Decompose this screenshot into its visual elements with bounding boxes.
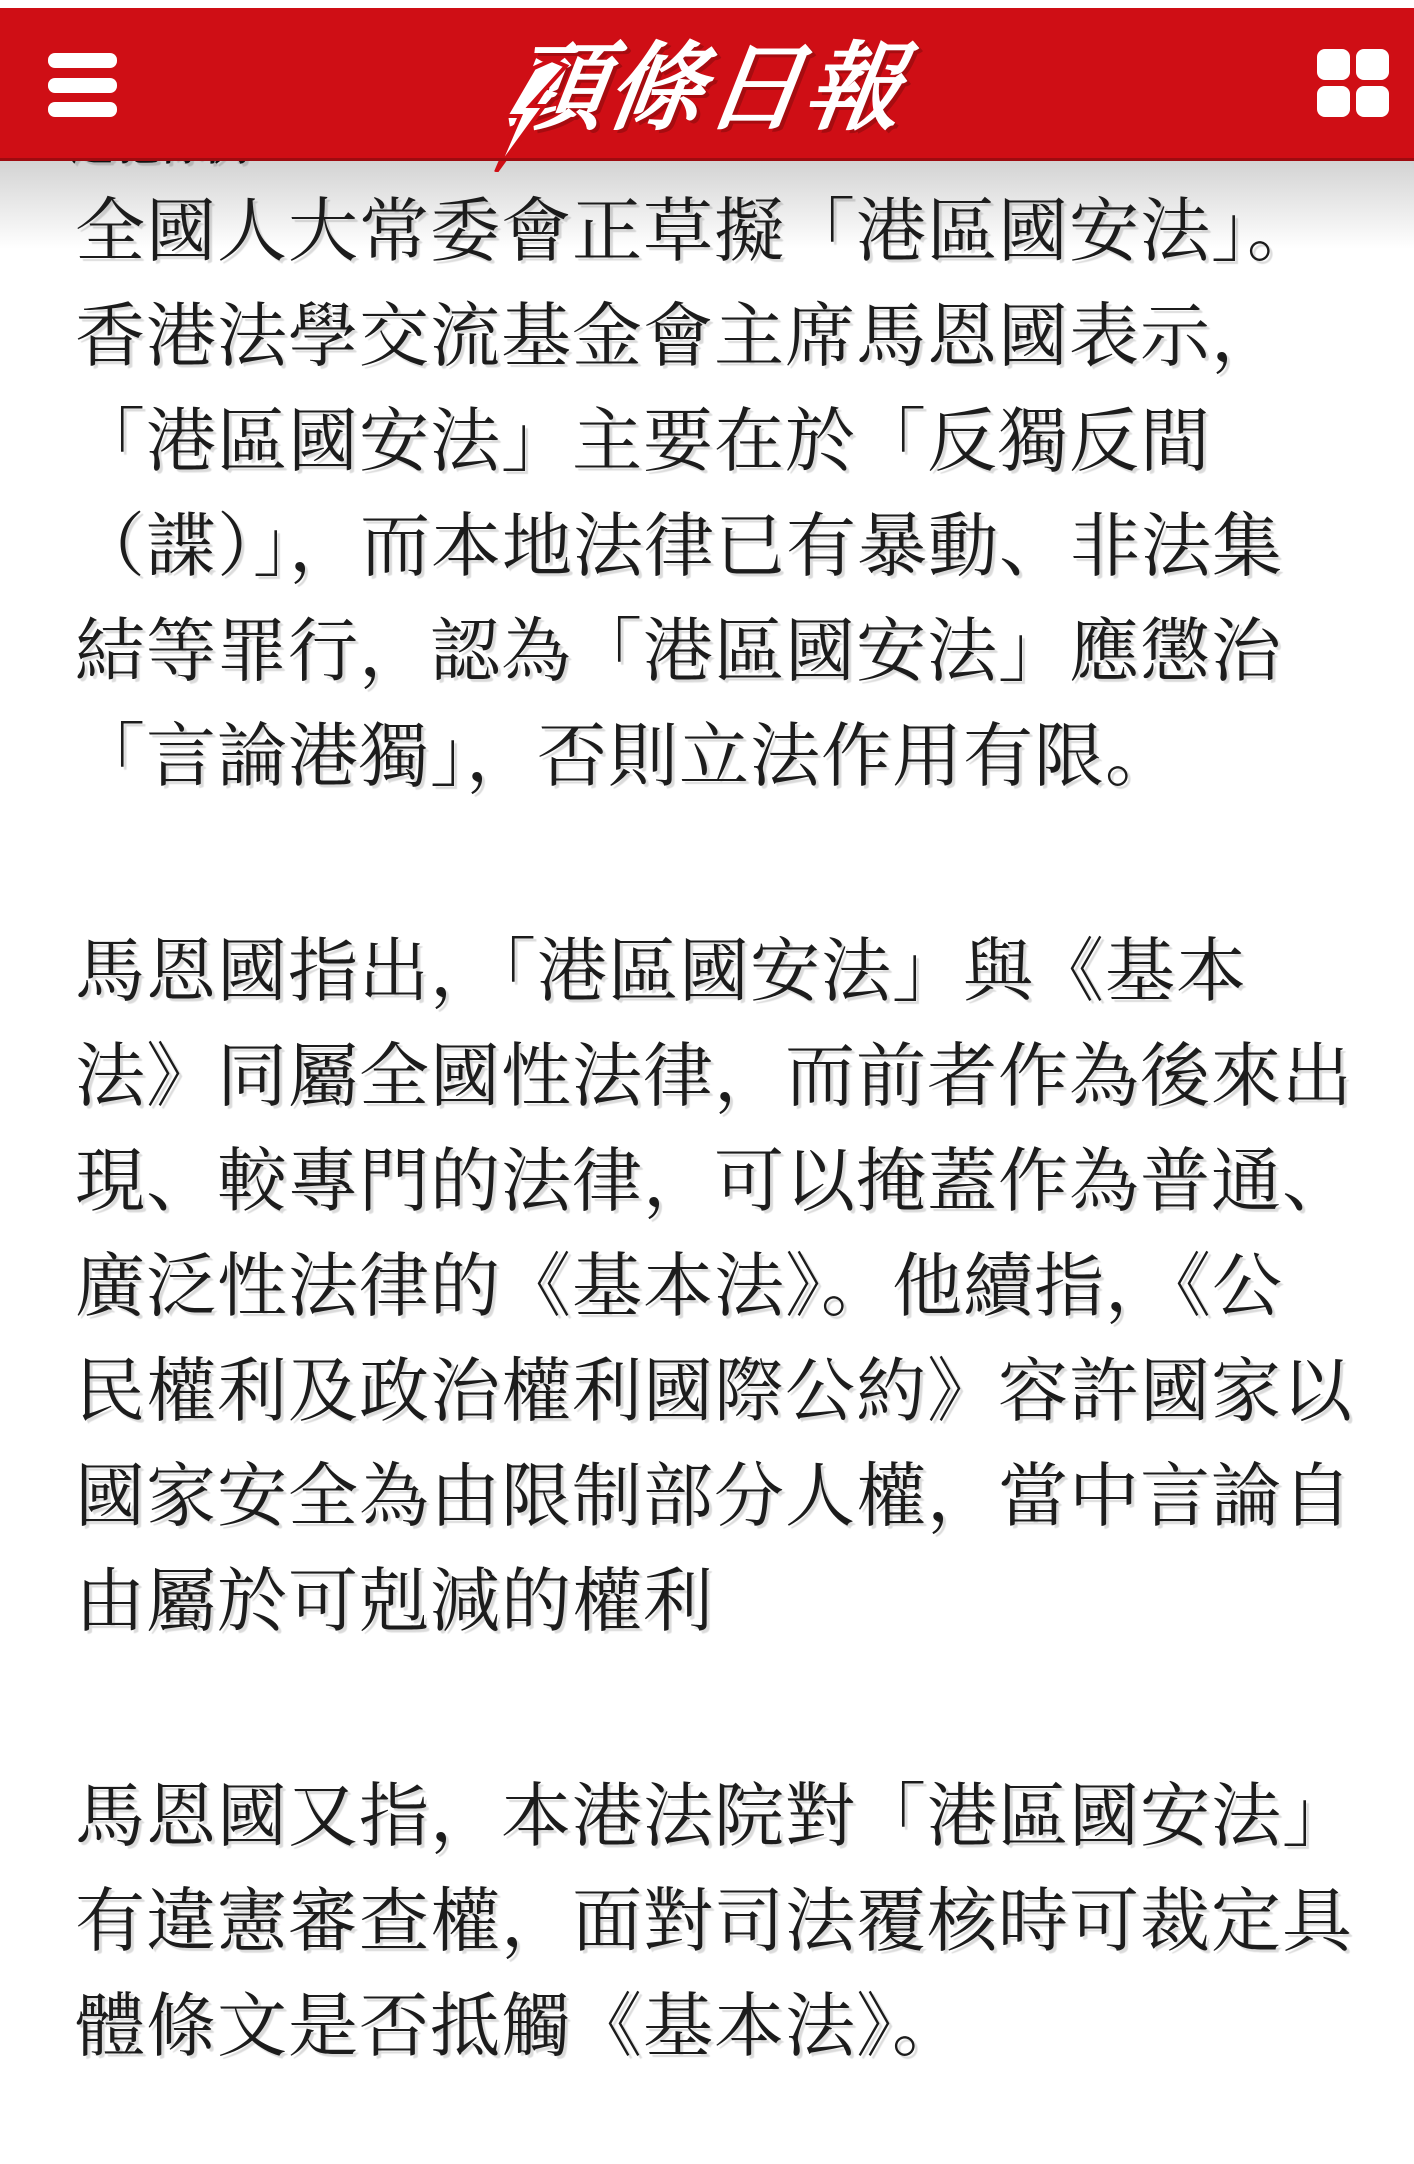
masthead-logo[interactable]: 頭條日報 [0, 36, 1414, 140]
article-text-line: 現、較專門的法律，可以掩蓋作為普通、 [75, 1129, 1374, 1234]
article-text-line: 全國人大常委會正草擬「港區國安法」。 [75, 179, 1374, 284]
article-text-line: 「言論港獨」，否則立法作用有限。 [75, 704, 1374, 809]
app-header: 頭條日報 [0, 8, 1414, 158]
article-text-line: 結等罪行，認為「港區國安法」應懲治 [75, 599, 1374, 704]
article-text-line: 法》同屬全國性法律，而前者作為後來出 [75, 1024, 1374, 1129]
article-text-line: （諜）」，而本地法律已有暴動、非法集 [75, 494, 1374, 599]
article-text-line: 民權利及政治權利國際公約》容許國家以 [75, 1339, 1374, 1444]
article-paragraph: 全國人大常委會正草擬「港區國安法」。 香港法學交流基金會主席馬恩國表示， 「港區… [75, 179, 1374, 809]
article-paragraph: 馬恩國又指，本港法院對「港區國安法」 有違憲審查權，面對司法覆核時可裁定具 體條… [75, 1764, 1374, 2079]
article-body: 逃犯條例 全國人大常委會正草擬「港區國安法」。 香港法學交流基金會主席馬恩國表示… [0, 0, 1414, 2079]
article-text-line: 香港法學交流基金會主席馬恩國表示， [75, 284, 1374, 389]
article-paragraph: 馬恩國指出，「港區國安法」與《基本 法》同屬全國性法律，而前者作為後來出 現、較… [75, 919, 1374, 1654]
article-text-line: 馬恩國指出，「港區國安法」與《基本 [75, 919, 1374, 1024]
status-bar-strip [0, 0, 1414, 8]
article-text-line: 「港區國安法」主要在於「反獨反間 [75, 389, 1374, 494]
article-text-line: 馬恩國又指，本港法院對「港區國安法」 [75, 1764, 1374, 1869]
article-text-line: 體條文是否抵觸《基本法》。 [75, 1974, 1374, 2079]
article-text-line: 廣泛性法律的《基本法》。他續指，《公 [75, 1234, 1374, 1339]
header-bottom-edge [0, 158, 1414, 161]
article-text-line: 國家安全為由限制部分人權，當中言論自 [75, 1444, 1374, 1549]
article-text-line: 由屬於可剋減的權利 [75, 1549, 1374, 1654]
article-text-line: 有違憲審查權，面對司法覆核時可裁定具 [75, 1869, 1374, 1974]
grid-icon[interactable] [1317, 49, 1389, 117]
